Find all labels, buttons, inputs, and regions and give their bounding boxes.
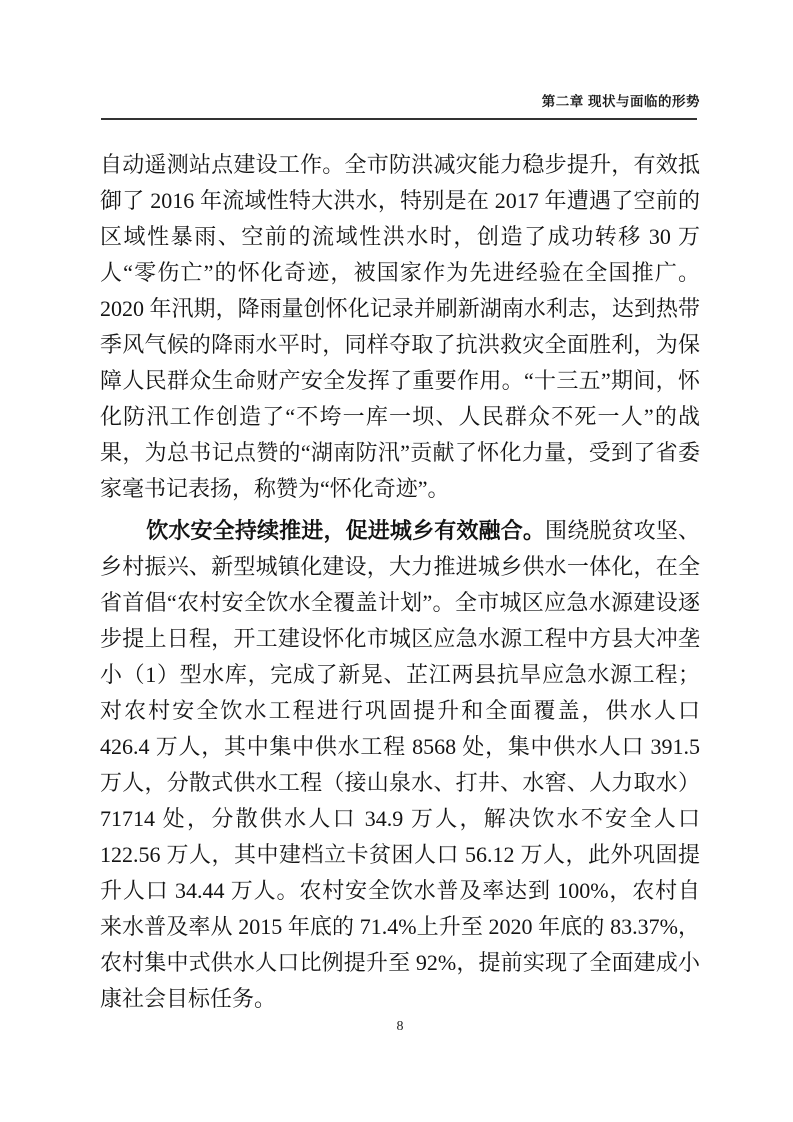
page-footer: 8 xyxy=(100,1019,700,1035)
header-divider-rule xyxy=(101,118,697,120)
chapter-title: 第二章 现状与面临的形势 xyxy=(542,94,700,109)
paragraph-water-safety-lead: 饮水安全持续推进，促进城乡有效融合。 xyxy=(146,518,545,543)
paragraph-water-safety-body: 围绕脱贫攻坚、乡村振兴、新型城镇化建设，大力推进城乡供水一体化，在全省首倡“农村… xyxy=(100,518,700,1011)
paragraph-water-safety: 饮水安全持续推进，促进城乡有效融合。围绕脱贫攻坚、乡村振兴、新型城镇化建设，大力… xyxy=(100,513,700,1017)
document-page: 第二章 现状与面临的形势 自动遥测站点建设工作。全市防洪减灾能力稳步提升，有效抵… xyxy=(0,0,793,1122)
page-number: 8 xyxy=(397,1019,404,1034)
document-body: 自动遥测站点建设工作。全市防洪减灾能力稳步提升，有效抵御了 2016 年流域性特… xyxy=(100,147,700,1017)
paragraph-flood-control: 自动遥测站点建设工作。全市防洪减灾能力稳步提升，有效抵御了 2016 年流域性特… xyxy=(100,147,700,507)
running-header: 第二章 现状与面临的形势 xyxy=(100,90,700,110)
